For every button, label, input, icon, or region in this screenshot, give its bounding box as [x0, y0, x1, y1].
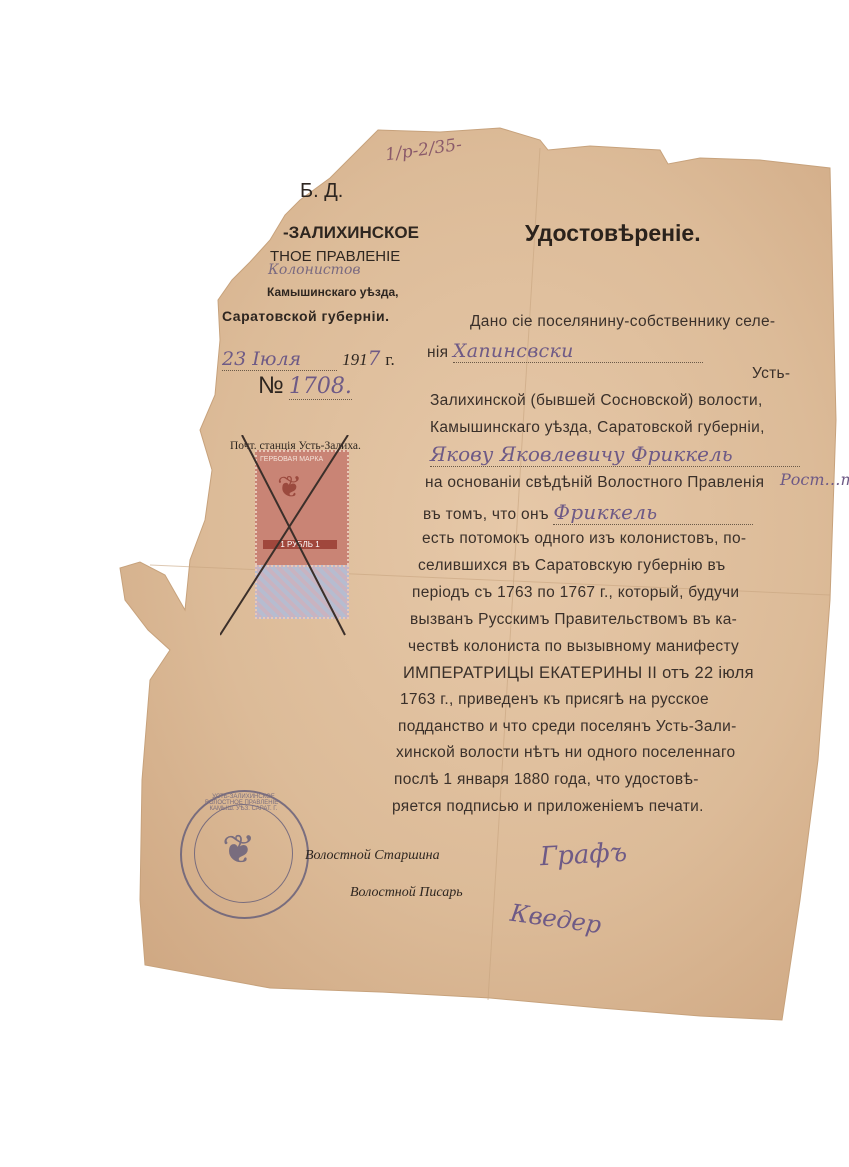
clerk-label: Волостной Писарь: [350, 885, 463, 901]
body-line-15: подданство и что среди поселянъ Усть-Зал…: [398, 718, 737, 736]
body-line-9: селившихся въ Саратовскую губернію въ: [418, 557, 725, 575]
seal-eagle-icon: ❦: [222, 827, 256, 873]
body-line-2: нія Хапинсвски: [427, 340, 703, 363]
body-line-5: Камышинскаго уѣзда, Саратовской губерніи…: [430, 419, 765, 437]
number-label: №: [258, 372, 284, 399]
body-line-17: послѣ 1 января 1880 года, что удостовѣ-: [394, 771, 699, 789]
header-top-line: Б. Д.: [300, 180, 343, 203]
date-suffix: г.: [385, 350, 394, 369]
document-number: № 1708.: [258, 372, 352, 400]
body-text-niya: нія: [427, 344, 448, 361]
header-org-line1: -ЗАЛИХИНСКОЕ: [283, 223, 419, 243]
body-line-13: ИМПЕРАТРИЦЫ ЕКАТЕРИНЫ II отъ 22 іюля: [403, 664, 754, 683]
body-line-6: на основаніи свѣдѣній Волостного Правлен…: [425, 474, 764, 492]
body-line-10: періодъ съ 1763 по 1767 г., который, буд…: [412, 584, 739, 602]
elder-label: Волостной Старшина: [305, 848, 440, 864]
body-line-16: хинской волости нѣтъ ни одного поселенна…: [396, 744, 735, 762]
handwritten-person: Якову Яковлевичу Фриккель: [430, 442, 800, 467]
issue-date: 23 Іюля 1917 г.: [222, 346, 422, 371]
seal-text: УСТЬ-ЗАЛИХИНСКОЕ ВОЛОСТНОЕ ПРАВЛЕНІЕ · К…: [196, 794, 291, 812]
body-line-1: Дано сіе поселянину-собственнику селе-: [470, 313, 775, 331]
body-line-11: вызванъ Русскимъ Правительствомъ въ ка-: [410, 611, 737, 629]
cancel-cross-icon: [220, 435, 385, 640]
document-title: Удостовѣреніе.: [525, 220, 701, 247]
handwritten-village: Хапинсвски: [453, 340, 703, 363]
elder-signature: Графъ: [539, 838, 627, 873]
header-uezd: Камышинскаго уѣзда,: [267, 285, 398, 299]
revenue-stamp: ГЕРБОВАЯ МАРКА ❦ 1 РУБЛЬ 1: [255, 450, 345, 615]
body-line-8: есть потомокъ одного изъ колонистовъ, по…: [422, 530, 746, 548]
number-value: 1708.: [289, 374, 352, 400]
date-year-suffix: 7: [368, 346, 381, 370]
header-handwritten-overlay: Колонистов: [268, 262, 361, 278]
body-text-in-that: въ томъ, что онъ: [423, 506, 549, 523]
body-line-7: въ томъ, что онъ Фриккель: [423, 500, 753, 525]
official-seal: ❦ УСТЬ-ЗАЛИХИНСКОЕ ВОЛОСТНОЕ ПРАВЛЕНІЕ ·…: [180, 790, 309, 919]
body-line-18: ряется подписью и приложеніемъ печати.: [392, 798, 704, 816]
handwritten-margin-note: Рост…та: [780, 470, 849, 489]
body-line-4: Залихинской (бывшей Сосновской) волости,: [430, 392, 763, 410]
header-gubernia: Саратовской губерніи.: [222, 308, 390, 324]
body-line-3: Усть-: [752, 365, 790, 383]
body-line-12: чествѣ колониста по вызывному манифесту: [408, 638, 739, 656]
date-year-prefix: 191: [342, 350, 368, 369]
body-line-14: 1763 г., приведенъ къ присягѣ на русское: [400, 691, 709, 709]
date-day-month: 23 Іюля: [222, 348, 337, 371]
handwritten-surname: Фриккель: [553, 500, 753, 525]
